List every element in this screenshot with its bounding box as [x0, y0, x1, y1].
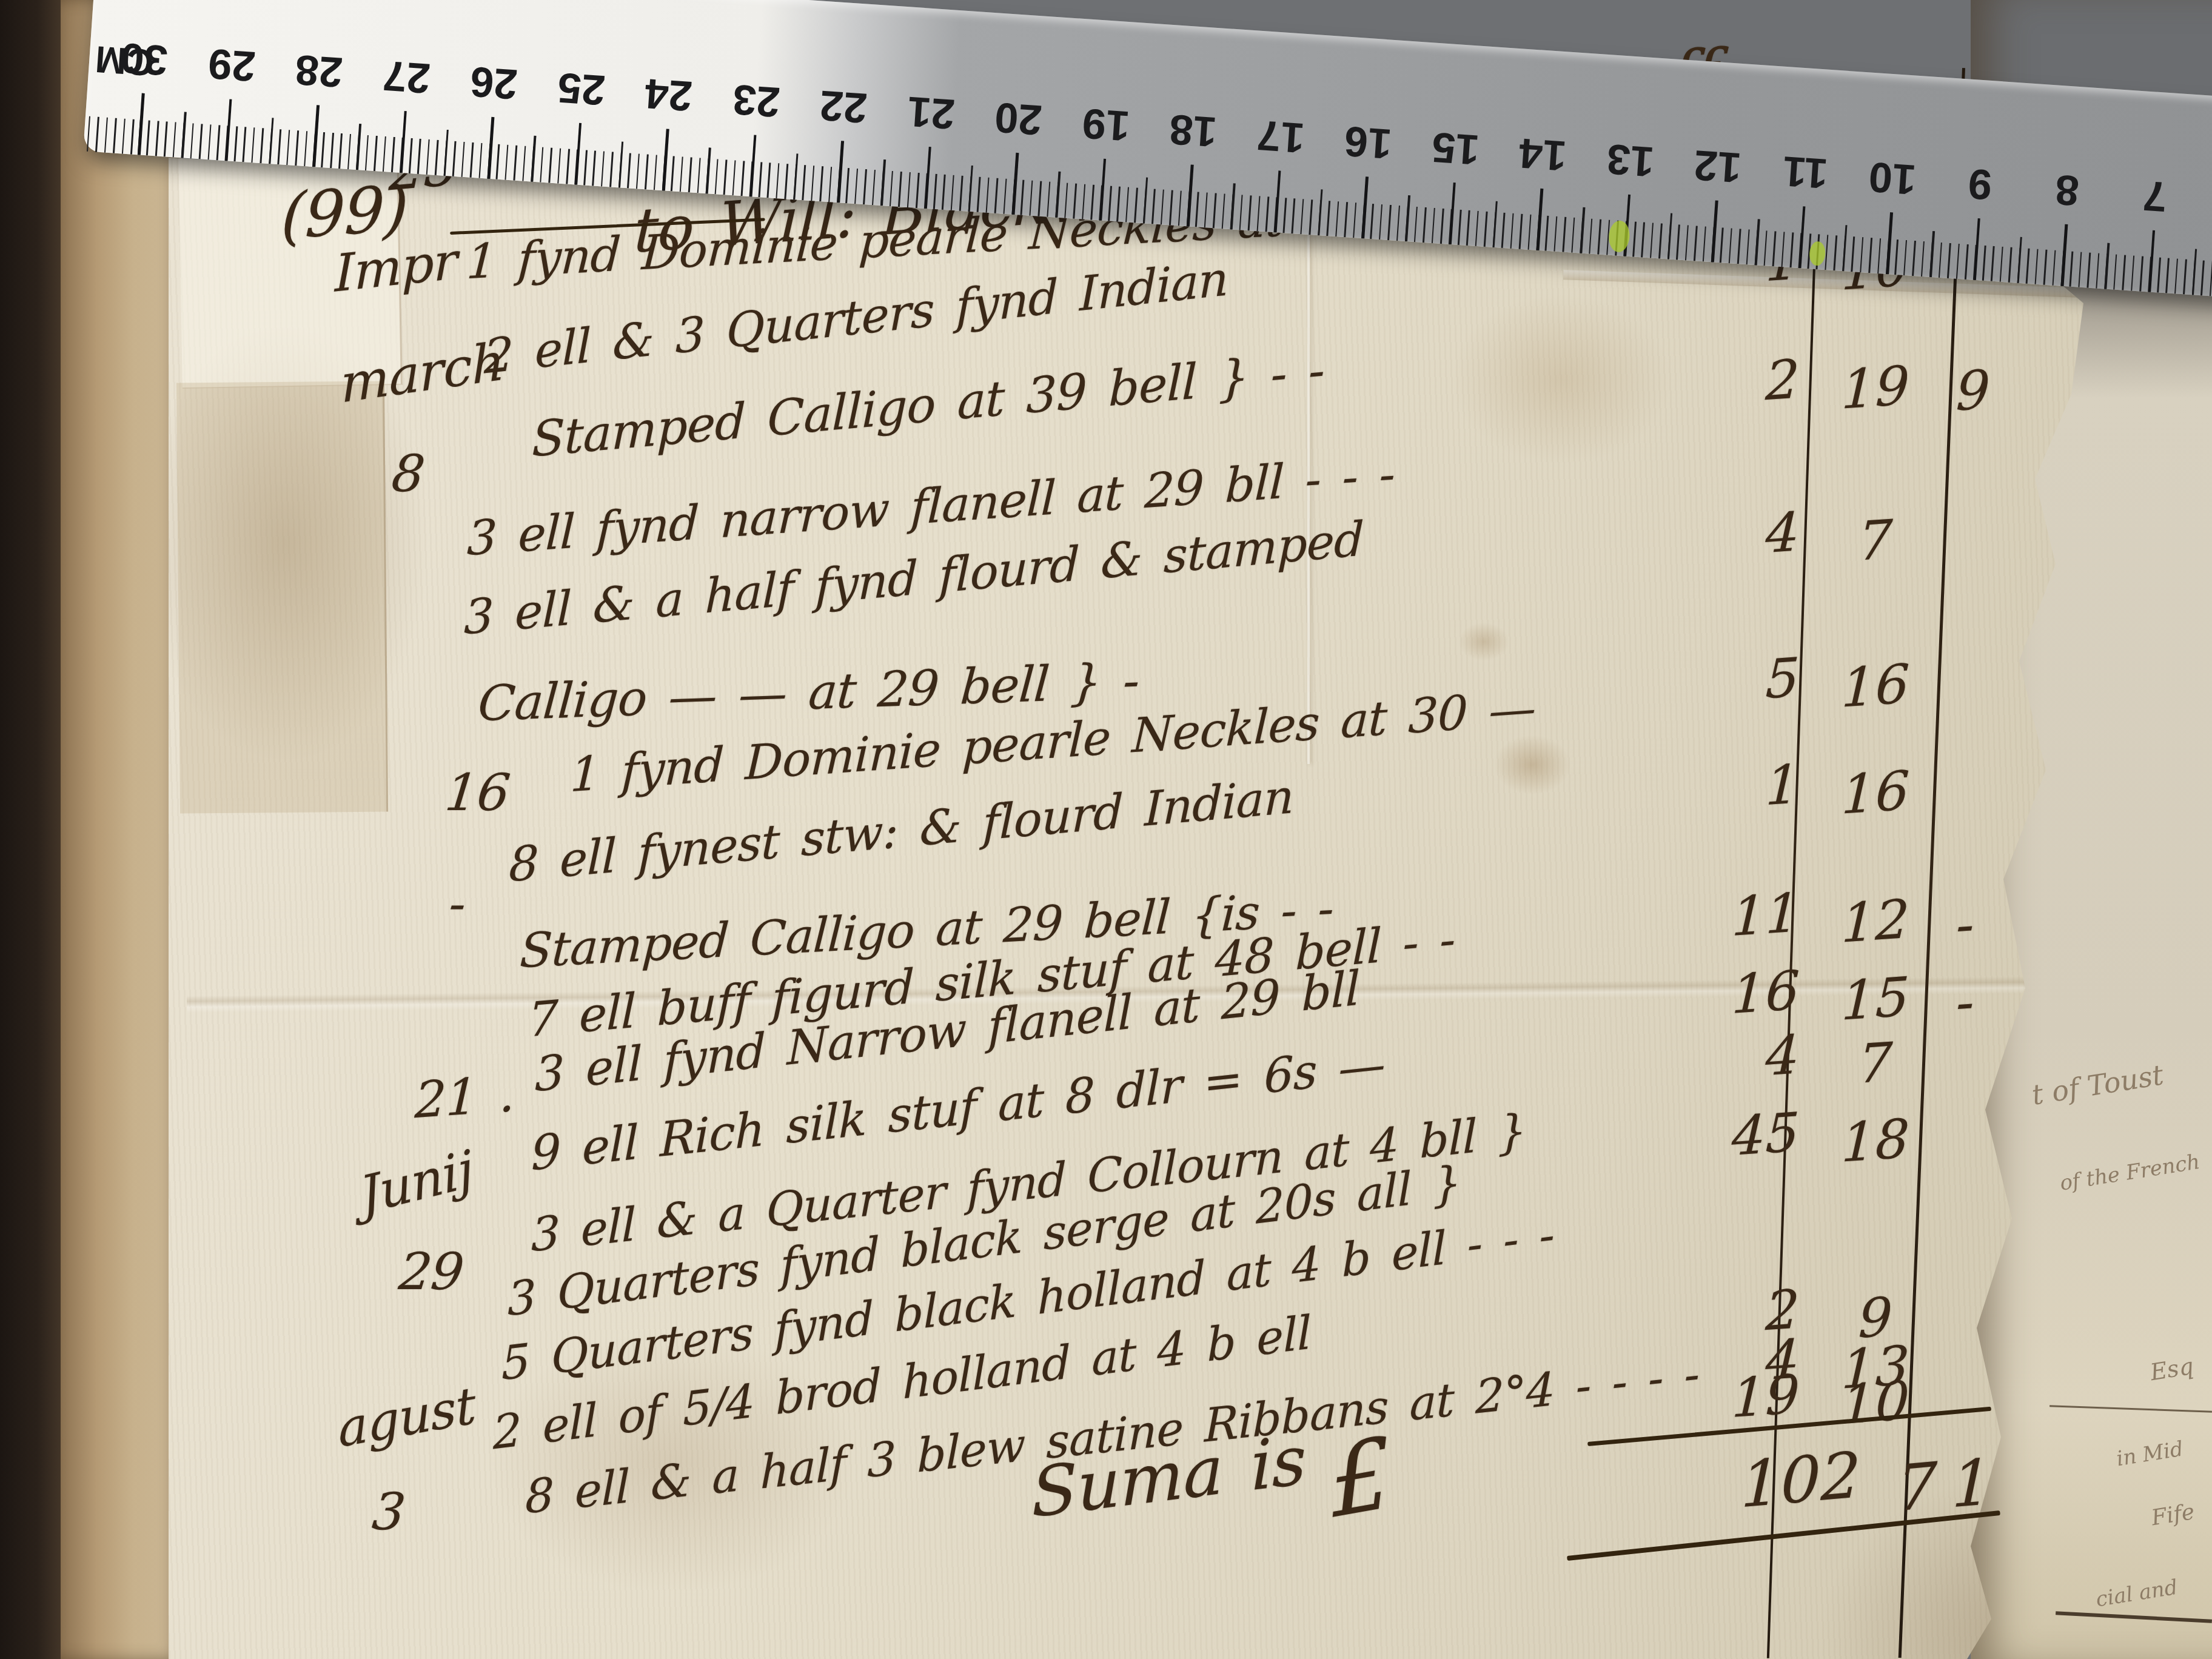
ruler-number: 26 [449, 56, 539, 110]
amount-pounds: 2 [1701, 347, 1800, 417]
ruler-number: 17 [1235, 110, 1326, 164]
ruler-number: 29 [186, 38, 276, 93]
amount-shillings: 7 [1835, 506, 1915, 575]
amount-pounds: 4 [1701, 500, 1800, 570]
ruler-number: 14 [1498, 127, 1588, 182]
ruler-number: 9 [1935, 157, 2025, 212]
book-cover-edge [61, 0, 182, 1659]
amount-pounds: 19 [1701, 1362, 1800, 1432]
table-edge [0, 0, 68, 1659]
underpage-text-fragment: of the French [2058, 1150, 2202, 1196]
ruler-number: 10 [1847, 151, 1937, 206]
ruler-number: 18 [1148, 104, 1238, 158]
ruler-number: 11 [1760, 146, 1850, 200]
manuscript-photo: t of Toustof the FrenchEsqin MidFifecial… [0, 0, 2212, 1659]
ledger-row-date: 8 [389, 444, 427, 503]
amount-shillings: 7 [1835, 1029, 1915, 1098]
amount-shillings: 12 [1835, 887, 1915, 956]
ruler-number: 13 [1585, 133, 1675, 188]
amount-pounds: 45 [1701, 1101, 1800, 1170]
amount-pounds: 1 [1701, 752, 1800, 822]
total-pounds: 102 [1740, 1438, 1862, 1523]
ruler-number: 21 [886, 85, 976, 140]
ruler-unit-label: CM [81, 36, 169, 85]
amount-shillings: 15 [1835, 965, 1915, 1033]
amount-pence: - [1955, 888, 2048, 957]
ruler-number: 15 [1410, 121, 1501, 176]
amount-pence: 9 [1955, 354, 2048, 423]
amount-shillings: 19 [1835, 354, 1915, 422]
total-currency-sign: £ [1327, 1415, 1395, 1540]
total-pence: 1 [1951, 1444, 1992, 1522]
ruler-number: 25 [536, 62, 626, 116]
ledger-row-date: 29 [397, 1242, 466, 1301]
total-shillings: 7 [1897, 1448, 1938, 1526]
underpage-text-fragment: t of Toust [2029, 1058, 2166, 1111]
ruler-number: 8 [2022, 163, 2113, 218]
ledger-row-date: 16 [443, 763, 512, 822]
ruler-number: 28 [273, 44, 364, 99]
ledger-row-date: 3 [370, 1482, 408, 1541]
amount-shillings: 16 [1835, 652, 1915, 720]
ruler-number: 16 [1322, 115, 1413, 170]
ruler-number: 20 [973, 92, 1064, 146]
ruler-number: 19 [1061, 98, 1151, 152]
amount-shillings: 18 [1835, 1107, 1915, 1175]
ruler-number: 22 [798, 80, 888, 135]
ruler-number: 24 [623, 68, 714, 122]
underpage-rule-line [2049, 1405, 2212, 1412]
amount-shillings: 10 [1835, 1369, 1915, 1437]
repair-patch [176, 381, 388, 814]
underpage-text-fragment: in Mid [2115, 1437, 2185, 1472]
ruler-number: 12 [1672, 139, 1763, 194]
ruler-number: 27 [361, 50, 452, 104]
ledger-row-date: 21 . [414, 1065, 515, 1130]
ruler-number: 23 [711, 74, 801, 129]
amount-pounds: 4 [1701, 1023, 1800, 1093]
underpage-text-fragment: Esq [2148, 1353, 2196, 1386]
ruler-number: 7 [2110, 169, 2200, 224]
underpage-text-fragment: Fife [2150, 1500, 2196, 1531]
underpage-rule-line [2056, 1611, 2212, 1623]
amount-shillings: 16 [1835, 759, 1915, 827]
amount-pounds: 5 [1701, 646, 1800, 716]
amount-pounds: 11 [1701, 881, 1800, 951]
underpage-text-fragment: cial and [2094, 1575, 2179, 1612]
amount-pence: - [1955, 965, 2048, 1034]
amount-pounds: 16 [1701, 959, 1800, 1028]
